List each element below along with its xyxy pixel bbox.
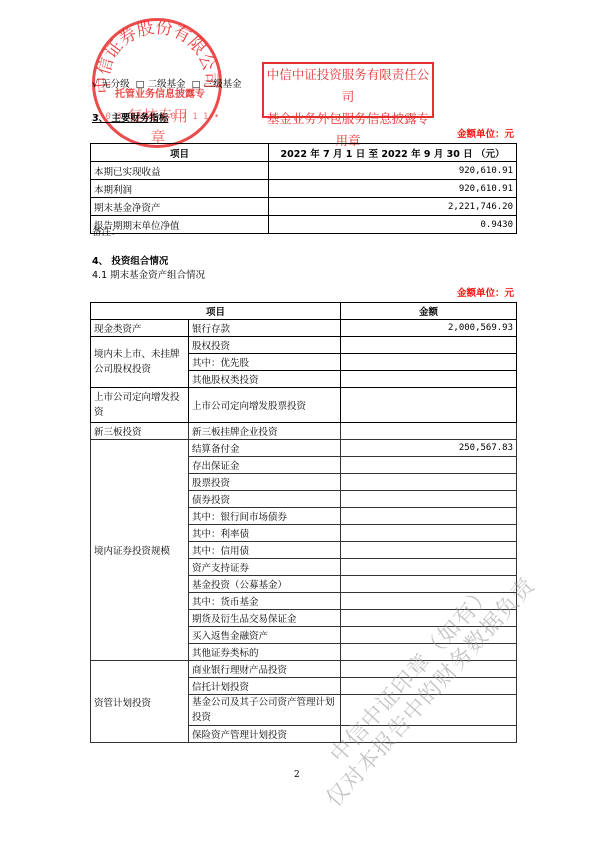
amount-cell: 250,567.83 [341,440,517,457]
classification-row: √ 无分级 □ 二级基金 □ 三级基金 [92,79,242,91]
amount-cell [341,423,517,440]
table-row: 本期利润 920,610.91 [91,180,517,198]
amount-cell [341,559,517,576]
row-label: 本期利润 [91,180,269,198]
item-cell: 信托计划投资 [189,678,341,695]
amount-cell [341,508,517,525]
table-row: 境内证券投资规模 结算备付金 250,567.83 [91,440,517,457]
amount-cell [341,491,517,508]
item-cell: 股权投资 [189,337,341,354]
table-row: 新三板投资 新三板挂牌企业投资 [91,423,517,440]
amount-cell [341,474,517,491]
item-cell: 其中：信用债 [189,542,341,559]
section3-note: 备注： [92,227,121,239]
category-cell: 境内未上市、未挂牌公司股权投资 [91,337,189,388]
section4-unit-label: 金额单位：元 [440,288,514,300]
table-header-row: 项目 2022 年 7 月 1 日 至 2022 年 9 月 30 日 （元） [91,144,517,162]
section3-heading: 3、 主要财务指标 [92,113,168,125]
table-row: 报告期期末单位净值 0.9430 [91,216,517,234]
seal-bottom-text: 复核专用章 [123,105,193,147]
seal-line-1: 中信中证投资服务有限责任公司 [264,64,432,108]
category-cell: 资管计划投资 [91,661,189,743]
row-value: 2,221,746.20 [269,198,517,216]
section4-heading: 4、 投资组合情况 [92,256,168,268]
item-cell: 买入返售金融资产 [189,627,341,644]
item-cell: 商业银行理财产品投资 [189,661,341,678]
amount-cell [341,388,517,423]
table-row: 上市公司定向增发投资 上市公司定向增发股票投资 [91,388,517,423]
section4-subheading: 4.1 期末基金资产组合情况 [92,270,205,282]
table-row: 期末基金净资产 2,221,746.20 [91,198,517,216]
item-cell: 基金投资（公募基金） [189,576,341,593]
item-cell: 基金公司及其子公司资产管理计划投资 [189,695,341,726]
item-cell: 其他股权类投资 [189,371,341,388]
checkbox-level2-fund: □ 二级基金 [136,79,186,90]
row-value: 920,610.91 [269,162,517,180]
row-label: 期末基金净资产 [91,198,269,216]
section3-unit-label: 金额单位：元 [440,129,514,141]
item-cell: 保险资产管理计划投资 [189,726,341,743]
item-cell: 其他证券类标的 [189,644,341,661]
item-cell: 债券投资 [189,491,341,508]
item-cell: 其中：利率债 [189,525,341,542]
header-period: 2022 年 7 月 1 日 至 2022 年 9 月 30 日 （元） [269,144,517,162]
table-row: 境内未上市、未挂牌公司股权投资 股权投资 [91,337,517,354]
rect-disclosure-seal: 中信中证投资服务有限责任公司 基金业务外包服务信息披露专用章 [262,62,434,118]
item-cell: 其中：银行间市场债券 [189,508,341,525]
amount-cell: 2,000,569.93 [341,320,517,337]
page-number: 2 [294,770,300,780]
amount-cell [341,457,517,474]
amount-cell [341,525,517,542]
checkbox-no-grading: √ 无分级 [92,79,130,90]
item-cell: 结算备付金 [189,440,341,457]
item-cell: 资产支持证券 [189,559,341,576]
amount-cell [341,542,517,559]
header-item: 项目 [91,303,341,320]
item-cell: 银行存款 [189,320,341,337]
checkbox-level3-fund: □ 三级基金 [192,79,242,90]
item-cell: 其中：优先股 [189,354,341,371]
table-header-row: 项目 金额 [91,303,517,320]
category-cell: 境内证券投资规模 [91,440,189,661]
item-cell: 新三板挂牌企业投资 [189,423,341,440]
amount-cell [341,337,517,354]
table-row: 本期已实现收益 920,610.91 [91,162,517,180]
row-value: 0.9430 [269,216,517,234]
header-amount: 金额 [341,303,517,320]
item-cell: 股票投资 [189,474,341,491]
item-cell: 存出保证金 [189,457,341,474]
amount-cell [341,371,517,388]
item-cell: 上市公司定向增发股票投资 [189,388,341,423]
item-cell: 其中：货币基金 [189,593,341,610]
financial-indicators-table: 项目 2022 年 7 月 1 日 至 2022 年 9 月 30 日 （元） … [90,143,517,234]
amount-cell [341,354,517,371]
header-item: 项目 [91,144,269,162]
row-value: 920,610.91 [269,180,517,198]
category-cell: 新三板投资 [91,423,189,440]
row-label: 本期已实现收益 [91,162,269,180]
table-row: 现金类资产 银行存款 2,000,569.93 [91,320,517,337]
category-cell: 现金类资产 [91,320,189,337]
category-cell: 上市公司定向增发投资 [91,388,189,423]
item-cell: 期货及衍生品交易保证金 [189,610,341,627]
